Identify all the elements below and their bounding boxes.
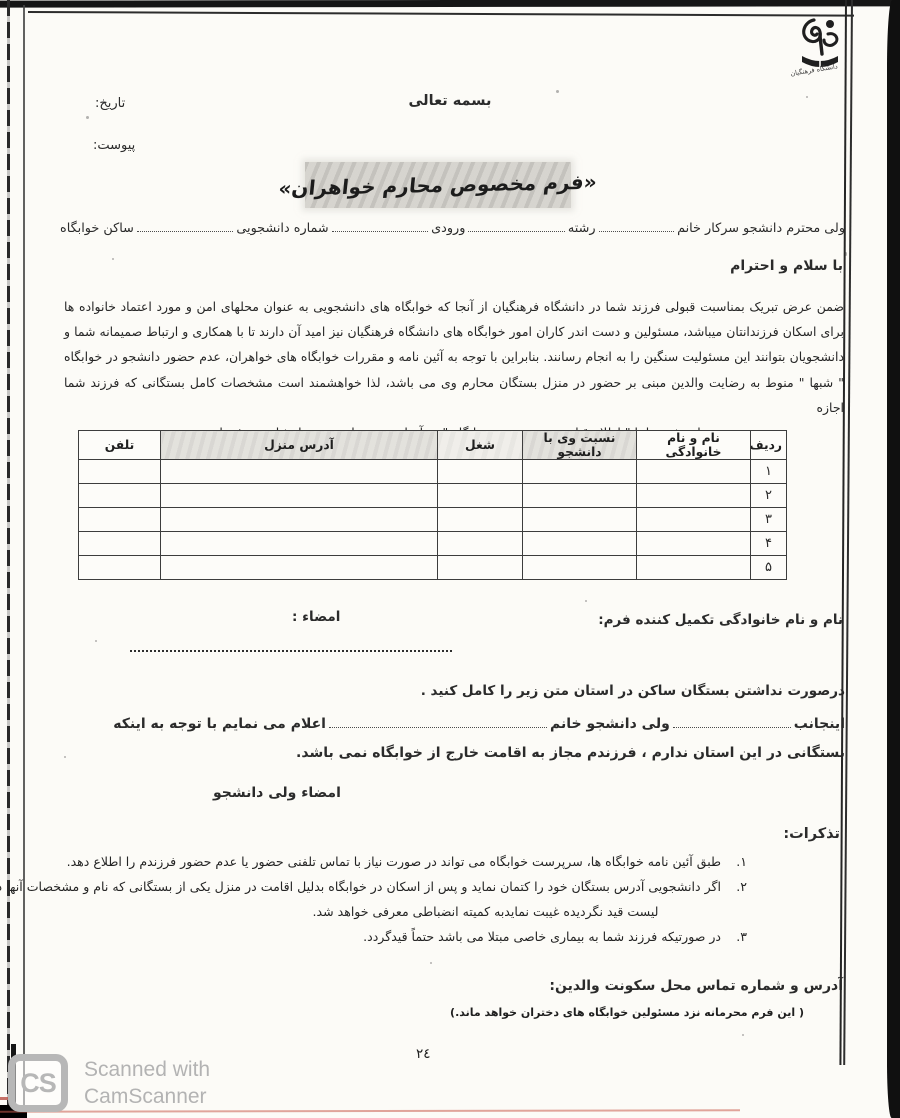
note-text: طبق آئین نامه خوابگاه ها، سرپرست خوابگاه… bbox=[67, 849, 721, 874]
scanned-document-screenshot: { "colors": { "paper": "#fcfbf7", "ink":… bbox=[0, 0, 900, 1118]
scan-top-inner-line bbox=[28, 11, 854, 17]
empty-cell bbox=[523, 460, 637, 484]
col-header-row-number: ردیف bbox=[751, 431, 787, 460]
empty-cell bbox=[637, 556, 751, 580]
camscanner-text: Scanned with CamScanner bbox=[84, 1056, 210, 1110]
row-number-cell: ۴ bbox=[751, 532, 787, 556]
table-row: ۵ bbox=[79, 556, 787, 580]
declaration-line: اینجانب ولی دانشجو خانم اعلام می نمایم ب… bbox=[100, 716, 845, 732]
scan-speck bbox=[86, 116, 89, 119]
scan-speck bbox=[430, 962, 432, 964]
empty-cell bbox=[438, 556, 523, 580]
row-number-cell: ۵ bbox=[751, 556, 787, 580]
note-text: در صورتیکه فرزند شما به بیماری خاصی مبتل… bbox=[363, 924, 721, 949]
empty-cell bbox=[523, 484, 637, 508]
camscanner-watermark: CS Scanned with CamScanner bbox=[8, 1054, 210, 1112]
declaration-declare-text: اعلام می نمایم با توجه به اینکه bbox=[113, 716, 326, 732]
empty-cell bbox=[637, 508, 751, 532]
confidential-note: ( این فرم محرمانه نزد مسئولین خوابگاه ها… bbox=[450, 1006, 804, 1019]
empty-cell bbox=[438, 460, 523, 484]
declaration-line2: بستگانی در این استان ندارم ، فرزندم مجاز… bbox=[296, 745, 845, 761]
col-header-full-name: نام و نام خانوادگی bbox=[637, 431, 751, 460]
row-number-cell: ۲ bbox=[751, 484, 787, 508]
document-page: تاریخ: پیوست: بسمه تعالی دانشگاه فرهنگیا… bbox=[0, 0, 900, 1118]
empty-cell bbox=[438, 532, 523, 556]
table-row: ۱ bbox=[79, 460, 787, 484]
body-line: برای اسکان فرزندانتان میباشد، مسئولین و … bbox=[64, 319, 844, 344]
entry-blank-field bbox=[332, 221, 429, 232]
empty-cell bbox=[79, 556, 161, 580]
note-number: ۱. bbox=[721, 849, 747, 874]
name-blank-field bbox=[599, 221, 675, 232]
col-header-phone: تلفن bbox=[79, 431, 161, 460]
camscanner-text-line1: Scanned with bbox=[84, 1056, 210, 1083]
student-name-blank-field bbox=[329, 716, 547, 728]
note-number: ۲. bbox=[721, 874, 747, 899]
scan-speck bbox=[742, 1034, 744, 1036]
body-line: دانشجویان بتوانند این مسئولیت سنگین را ب… bbox=[64, 344, 844, 369]
scan-speck bbox=[806, 96, 808, 98]
body-line: ضمن عرض تبریک بمناسبت قبولی فرزند شما در… bbox=[64, 294, 844, 319]
scan-right-black-band bbox=[887, 0, 900, 1118]
scan-speck bbox=[585, 600, 587, 602]
notes-title: تذکرات: bbox=[783, 826, 840, 842]
empty-cell bbox=[438, 484, 523, 508]
empty-cell bbox=[637, 532, 751, 556]
empty-cell bbox=[161, 460, 438, 484]
row-number-cell: ۱ bbox=[751, 460, 787, 484]
empty-cell bbox=[637, 484, 751, 508]
scan-speck bbox=[64, 756, 66, 758]
notes-list: ۱. طبق آئین نامه خوابگاه ها، سرپرست خواب… bbox=[58, 849, 843, 949]
guardian-name-blank-field bbox=[673, 716, 791, 728]
table-header-row: ردیف نام و نام خانوادگی نسبت وی با دانشج… bbox=[79, 431, 787, 460]
scan-left-inner-line bbox=[23, 5, 25, 1118]
note-item: ۲. اگر دانشجویی آدرس بستگان خود را کتمان… bbox=[58, 874, 843, 899]
note-item: ۳. در صورتیکه فرزند شما به بیماری خاصی م… bbox=[58, 924, 843, 949]
signature-dotted-line bbox=[130, 650, 452, 652]
scan-left-edge bbox=[7, 0, 10, 1118]
entry-year-label: ورودی bbox=[431, 221, 465, 236]
parents-address-label: آدرس و شماره تماس محل سکونت والدین: bbox=[549, 978, 843, 994]
scan-top-edge bbox=[0, 0, 897, 8]
student-number-blank-field bbox=[137, 221, 234, 232]
student-number-label: شماره دانشجویی bbox=[236, 221, 328, 236]
declaration-guardian-of: ولی دانشجو خانم bbox=[550, 716, 670, 732]
student-info-line: ولی محترم دانشجو سرکار خانم رشته ورودی ش… bbox=[60, 221, 845, 236]
table-row: ۳ bbox=[79, 508, 787, 532]
form-completer-name-label: نام و نام خانوادگی تکمیل کننده فرم: bbox=[598, 612, 843, 628]
note-continuation-text: لیست قید نگردیده غیبت نمایدبه کمیته انضب… bbox=[58, 899, 843, 924]
empty-cell bbox=[79, 460, 161, 484]
table-row: ۲ bbox=[79, 484, 787, 508]
attachment-label: پیوست: bbox=[93, 138, 135, 153]
guardian-label: ولی محترم دانشجو سرکار خانم bbox=[677, 221, 845, 236]
signature-label: امضاء : bbox=[292, 609, 340, 625]
camscanner-text-line2: CamScanner bbox=[84, 1083, 210, 1110]
note-number: ۳. bbox=[721, 924, 747, 949]
empty-cell bbox=[523, 556, 637, 580]
empty-cell bbox=[438, 508, 523, 532]
besmeh-taala-text: بسمه تعالی bbox=[0, 93, 900, 109]
scan-speck bbox=[95, 640, 97, 642]
guardian-signature-label: امضاء ولی دانشجو bbox=[213, 785, 341, 801]
declaration-i-undersigned: اینجانب bbox=[794, 716, 845, 732]
table-row: ۴ bbox=[79, 532, 787, 556]
empty-cell bbox=[637, 460, 751, 484]
empty-cell bbox=[161, 484, 438, 508]
row-number-cell: ۳ bbox=[751, 508, 787, 532]
form-title: «فرم مخصوص محارم خواهران» bbox=[278, 170, 599, 201]
empty-cell bbox=[161, 508, 438, 532]
empty-cell bbox=[523, 532, 637, 556]
body-line: " شبها " منوط به رضایت والدین مبنی بر حض… bbox=[64, 370, 844, 420]
major-label: رشته bbox=[568, 221, 596, 236]
note-text: اگر دانشجویی آدرس بستگان خود را کتمان نم… bbox=[0, 874, 721, 899]
scan-speck bbox=[112, 258, 114, 260]
note-item: ۱. طبق آئین نامه خوابگاه ها، سرپرست خواب… bbox=[58, 849, 843, 874]
body-paragraph: ضمن عرض تبریک بمناسبت قبولی فرزند شما در… bbox=[64, 294, 844, 445]
empty-cell bbox=[161, 532, 438, 556]
camscanner-logo-icon: CS bbox=[8, 1054, 68, 1112]
empty-cell bbox=[79, 508, 161, 532]
form-title-box: «فرم مخصوص محارم خواهران» bbox=[305, 162, 571, 208]
scan-speck bbox=[556, 90, 559, 93]
dorm-resident-label: ساکن خوابگاه bbox=[60, 221, 134, 236]
empty-cell bbox=[79, 532, 161, 556]
page-number: ۲٤ bbox=[416, 1046, 431, 1062]
col-header-home-address: آدرس منزل bbox=[161, 431, 438, 460]
relatives-table: ردیف نام و نام خانوادگی نسبت وی با دانشج… bbox=[78, 430, 787, 580]
col-header-job: شغل bbox=[438, 431, 523, 460]
empty-cell bbox=[161, 556, 438, 580]
col-header-relation: نسبت وی با دانشجو bbox=[523, 431, 637, 460]
major-blank-field bbox=[468, 221, 565, 232]
salutation-text: با سلام و احترام bbox=[730, 258, 843, 274]
empty-cell bbox=[79, 484, 161, 508]
empty-cell bbox=[523, 508, 637, 532]
no-relatives-instruction: درصورت نداشتن بستگان ساکن در استان متن ز… bbox=[421, 683, 845, 699]
